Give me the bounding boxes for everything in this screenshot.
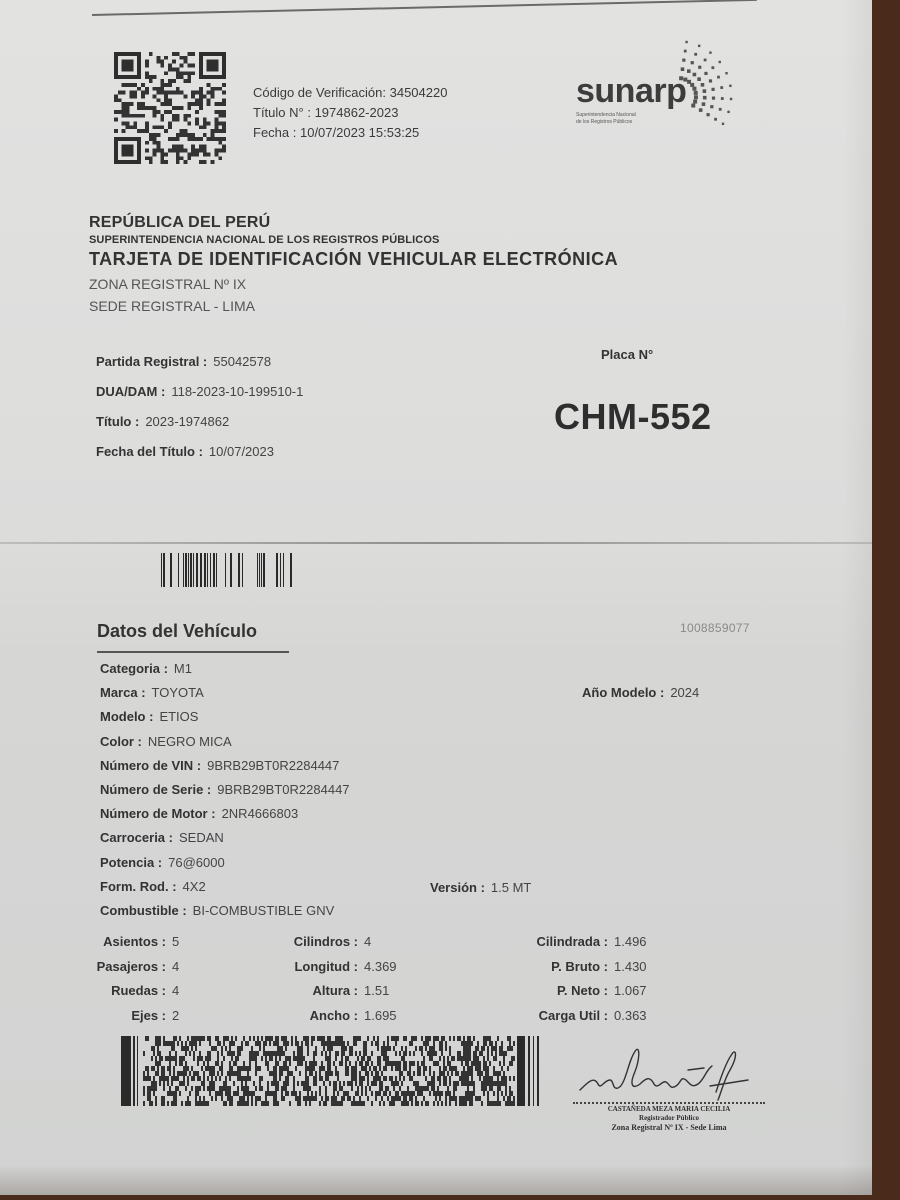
issue-date: 10/07/2023 15:53:25: [300, 125, 419, 140]
registry-zone: ZONA REGISTRAL Nº IX: [89, 276, 618, 292]
field-cilindros: Cilindros :4: [250, 934, 412, 959]
verification-code: 34504220: [390, 85, 448, 100]
title-number-label: Título N° :: [253, 105, 311, 120]
signature-block: CASTAÑEDA MEZA MARIA CECILIA Registrador…: [570, 1040, 770, 1140]
sunarp-logo: sunarp Superintendencia Nacional de los …: [574, 38, 774, 138]
pdf417-barcode: [121, 1036, 543, 1106]
field-serie: Número de Serie :9BRB29BT0R2284447: [100, 782, 350, 806]
field-anio-modelo: Año Modelo : 2024: [582, 685, 699, 700]
field-ancho: Ancho :1.695: [250, 1008, 412, 1033]
signatory-info: CASTAÑEDA MEZA MARIA CECILIA Registrador…: [570, 1105, 768, 1132]
field-categoria: Categoria :M1: [100, 661, 350, 685]
field-pasajeros: Pasajeros :4: [80, 959, 210, 984]
field-peso-neto: P. Neto :1.067: [500, 983, 660, 1008]
field-asientos: Asientos :5: [80, 934, 210, 959]
registry-seat: SEDE REGISTRAL - LIMA: [89, 298, 618, 314]
field-ejes: Ejes :2: [80, 1008, 210, 1033]
field-marca: Marca :TOYOTA: [100, 685, 350, 709]
field-combustible: Combustible :BI-COMBUSTIBLE GNV: [100, 903, 350, 927]
field-version: Versión : 1.5 MT: [430, 880, 531, 895]
field-carga-util: Carga Util :0.363: [500, 1008, 660, 1033]
verification-block: Código de Verificación: 34504220 Título …: [253, 83, 447, 143]
verification-code-label: Código de Verificación:: [253, 85, 386, 100]
field-form-rod: Form. Rod. :4X2: [100, 879, 350, 903]
barcode-linear: [161, 553, 301, 587]
title-number: 1974862-2023: [315, 105, 399, 120]
specs-column-3: Cilindrada :1.496 P. Bruto :1.430 P. Net…: [500, 934, 660, 1032]
specs-column-2: Cilindros :4 Longitud :4.369 Altura :1.5…: [250, 934, 412, 1032]
signature-line: [573, 1102, 765, 1104]
field-altura: Altura :1.51: [250, 983, 412, 1008]
title-number-line: Título N° : 1974862-2023: [253, 103, 447, 123]
field-fecha-titulo: Fecha del Título : 10/07/2023: [96, 444, 303, 474]
document-title: TARJETA DE IDENTIFICACIÓN VEHICULAR ELEC…: [89, 249, 618, 270]
agency-name: SUPERINTENDENCIA NACIONAL DE LOS REGISTR…: [89, 234, 618, 246]
field-motor: Número de Motor :2NR4666803: [100, 806, 350, 830]
field-cilindrada: Cilindrada :1.496: [500, 934, 660, 959]
field-vin: Número de VIN :9BRB29BT0R2284447: [100, 758, 350, 782]
vehicle-section-title: Datos del Vehículo: [97, 621, 257, 642]
document-serial-number: 1008859077: [680, 621, 750, 635]
document-header: REPÚBLICA DEL PERÚ SUPERINTENDENCIA NACI…: [89, 214, 618, 314]
field-ruedas: Ruedas :4: [80, 983, 210, 1008]
fold-line: [0, 542, 872, 544]
page-shadow: [842, 0, 872, 1195]
field-carroceria: Carroceria :SEDAN: [100, 830, 350, 854]
plate-label: Placa N°: [601, 347, 653, 362]
field-dua-dam: DUA/DAM : 118-2023-10-199510-1: [96, 384, 303, 414]
registration-fields: Partida Registral : 55042578 DUA/DAM : 1…: [96, 354, 303, 474]
section-underline: [97, 651, 289, 653]
country-name: REPÚBLICA DEL PERÚ: [89, 214, 618, 232]
document-page: Código de Verificación: 34504220 Título …: [0, 0, 872, 1195]
field-color: Color :NEGRO MICA: [100, 734, 350, 758]
qr-code: [114, 52, 226, 164]
field-potencia: Potencia :76@6000: [100, 855, 350, 879]
issue-date-label: Fecha :: [253, 125, 296, 140]
specs-column-1: Asientos :5 Pasajeros :4 Ruedas :4 Ejes …: [80, 934, 210, 1032]
field-modelo: Modelo :ETIOS: [100, 709, 350, 733]
sun-rays-icon: [660, 38, 770, 138]
page-bottom-edge: [0, 1165, 872, 1195]
field-longitud: Longitud :4.369: [250, 959, 412, 984]
field-peso-bruto: P. Bruto :1.430: [500, 959, 660, 984]
signatory-zone: Zona Registral Nº IX - Sede Lima: [570, 1123, 768, 1132]
verification-code-line: Código de Verificación: 34504220: [253, 83, 447, 103]
signatory-name: CASTAÑEDA MEZA MARIA CECILIA: [570, 1105, 768, 1114]
vehicle-fields: Categoria :M1 Marca :TOYOTA Modelo :ETIO…: [100, 661, 350, 927]
issue-date-line: Fecha : 10/07/2023 15:53:25: [253, 123, 447, 143]
field-titulo: Título : 2023-1974862: [96, 414, 303, 444]
signatory-role: Registrador Público: [570, 1114, 768, 1123]
handwritten-signature-icon: [570, 1040, 770, 1102]
plate-number: CHM-552: [554, 396, 712, 438]
top-rule: [92, 0, 757, 16]
field-partida: Partida Registral : 55042578: [96, 354, 303, 384]
